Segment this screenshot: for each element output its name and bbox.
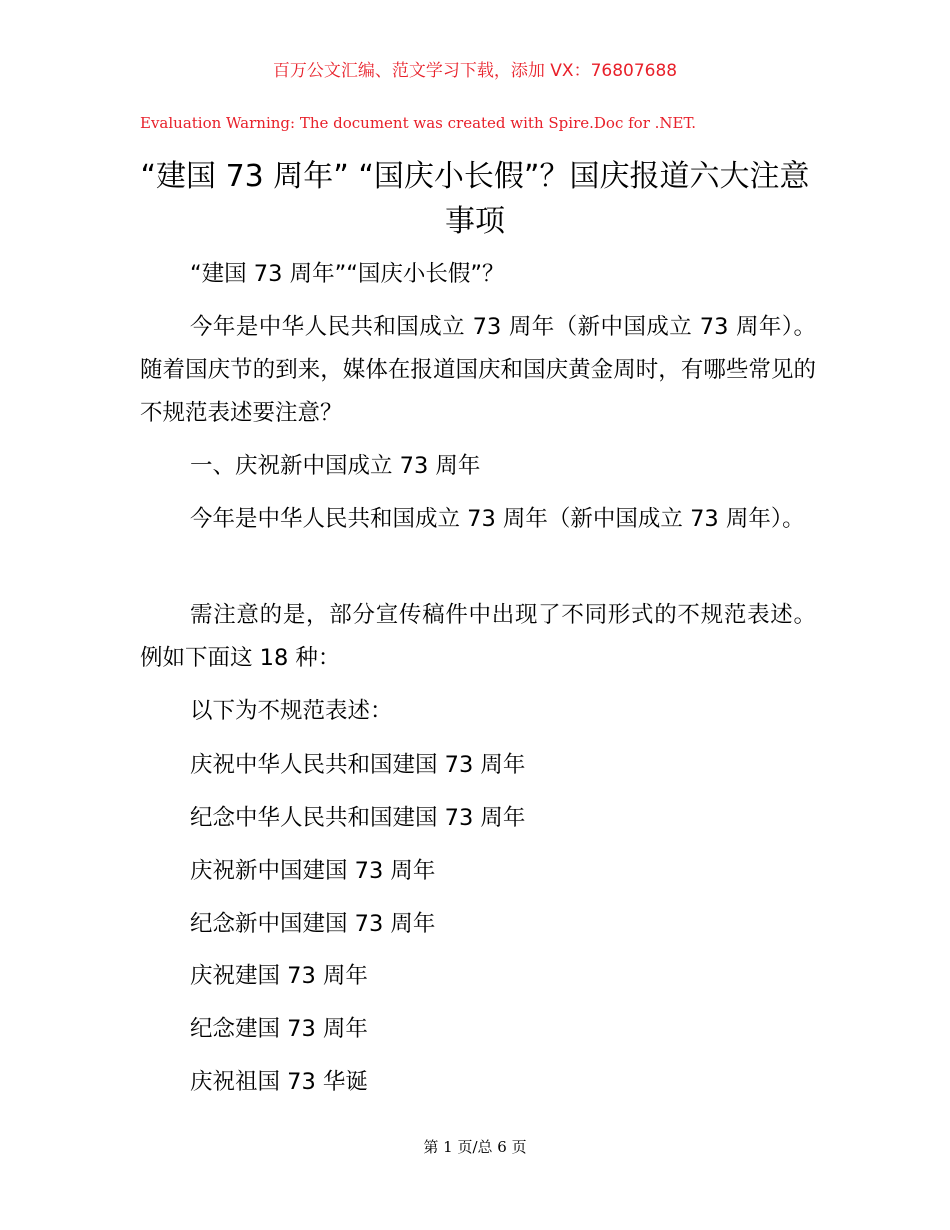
paragraph-section-1: 今年是中华人民共和国成立 73 周年（新中国成立 73 周年）。	[140, 498, 816, 541]
paragraph-note: 需注意的是，部分宣传稿件中出现了不同形式的不规范表述。例如下面这 18 种：	[140, 594, 816, 680]
list-item: 纪念中华人民共和国建国 73 周年	[190, 803, 525, 833]
list-item: 庆祝祖国 73 华诞	[190, 1067, 368, 1097]
page-indicator: 第 1 页/总 6 页	[0, 1136, 950, 1157]
document-title: “建国 73 周年” “国庆小长假”？国庆报道六大注意事项	[130, 154, 820, 244]
document-page: 百万公文汇编、范文学习下载，添加 VX：76807688 Evaluation …	[0, 0, 950, 1230]
list-item: 庆祝新中国建国 73 周年	[190, 856, 435, 886]
section-heading-1: 一、庆祝新中国成立 73 周年	[140, 445, 816, 488]
paragraph-list-intro: 以下为不规范表述：	[140, 690, 816, 733]
list-item: 庆祝中华人民共和国建国 73 周年	[190, 750, 525, 780]
paragraph-subtitle: “建国 73 周年”“国庆小长假”？	[140, 253, 816, 296]
list-item: 纪念新中国建国 73 周年	[190, 909, 435, 939]
header-ad-text: 百万公文汇编、范文学习下载，添加 VX：76807688	[0, 56, 950, 81]
list-item: 庆祝建国 73 周年	[190, 961, 368, 991]
evaluation-warning: Evaluation Warning: The document was cre…	[140, 114, 696, 132]
list-item: 纪念建国 73 周年	[190, 1014, 368, 1044]
paragraph-intro: 今年是中华人民共和国成立 73 周年（新中国成立 73 周年）。随着国庆节的到来…	[140, 306, 816, 435]
